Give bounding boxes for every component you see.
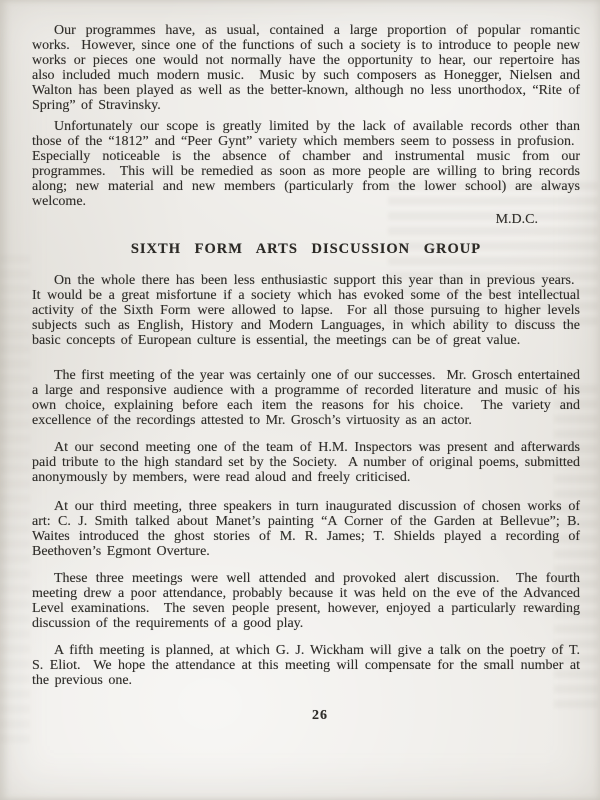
scan-bleedthrough-artifact bbox=[0, 255, 30, 745]
author-initials: M.D.C. bbox=[32, 212, 580, 227]
paragraph: A fifth meeting is planned, at which G. … bbox=[32, 643, 580, 688]
paragraph: Our programmes have, as usual, contained… bbox=[32, 23, 580, 113]
paragraph: On the whole there has been less enthusi… bbox=[32, 273, 580, 348]
paragraph: Unfortunately our scope is greatly limit… bbox=[32, 119, 580, 209]
paragraph: These three meetings were well attended … bbox=[32, 571, 580, 631]
paragraph: The first meeting of the year was certai… bbox=[32, 368, 580, 428]
section-heading: SIXTH FORM ARTS DISCUSSION GROUP bbox=[32, 242, 580, 257]
scanned-page: Our programmes have, as usual, contained… bbox=[0, 0, 600, 800]
paragraph: At our second meeting one of the team of… bbox=[32, 440, 580, 485]
page-number: 26 bbox=[32, 708, 580, 723]
page-content: Our programmes have, as usual, contained… bbox=[32, 8, 580, 723]
paragraph: At our third meeting, three speakers in … bbox=[32, 499, 580, 559]
